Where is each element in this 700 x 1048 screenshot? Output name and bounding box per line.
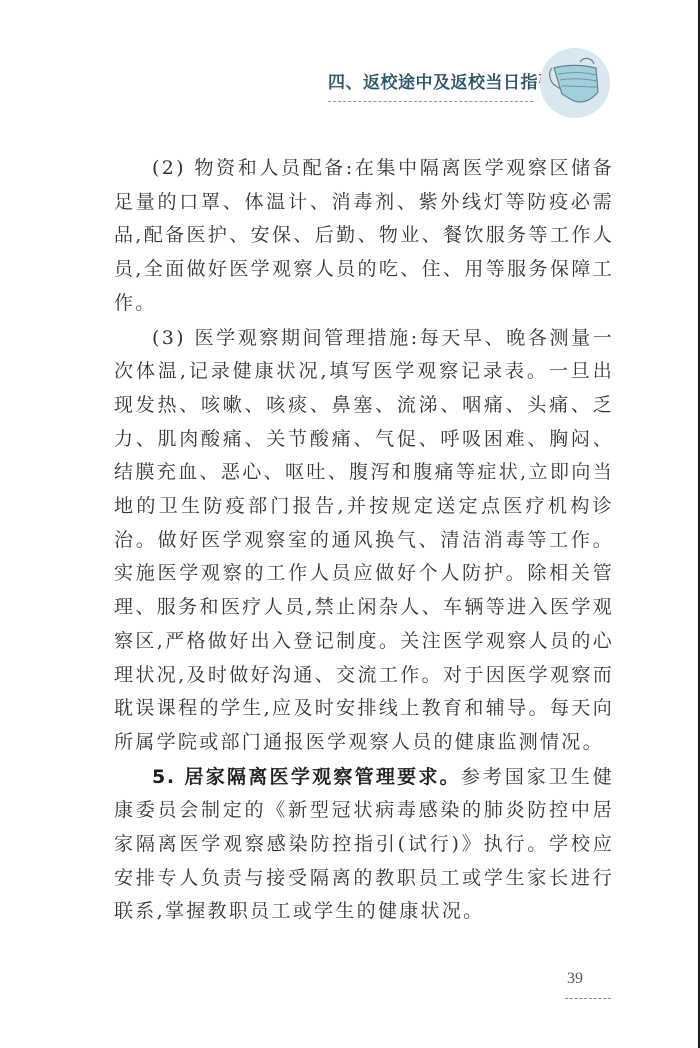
paragraph-home-isolation: 5. 居家隔离医学观察管理要求。参考国家卫生健康委员会制定的《新型冠状病毒感染的… xyxy=(114,761,614,930)
face-mask-glyph xyxy=(540,48,610,118)
section-title: 四、返校途中及返校当日指引 xyxy=(328,70,533,96)
header-dashed-rule xyxy=(328,101,533,102)
section-header: 四、返校途中及返校当日指引 xyxy=(328,70,533,102)
page-number-dashed-rule xyxy=(565,998,611,999)
paragraph-supplies-staffing: (2) 物资和人员配备:在集中隔离医学观察区储备足量的口罩、体温计、消毒剂、紫外… xyxy=(114,152,614,321)
section-heading-home-isolation: 5. 居家隔离医学观察管理要求。 xyxy=(152,766,461,788)
paragraph-text: (2) 物资和人员配备:在集中隔离医学观察区储备足量的口罩、体温计、消毒剂、紫外… xyxy=(114,157,614,314)
page-number: 39 xyxy=(567,970,583,988)
document-body: (2) 物资和人员配备:在集中隔离医学观察区储备足量的口罩、体温计、消毒剂、紫外… xyxy=(114,152,614,930)
paragraph-text: 参考国家卫生健康委员会制定的《新型冠状病毒感染的肺炎防控中居家隔离医学观察感染防… xyxy=(114,766,614,923)
paragraph-observation-measures: (3) 医学观察期间管理措施:每天早、晚各测量一次体温,记录健康状况,填写医学观… xyxy=(114,322,614,760)
face-mask-icon xyxy=(540,48,610,118)
paragraph-text: (3) 医学观察期间管理措施:每天早、晚各测量一次体温,记录健康状况,填写医学观… xyxy=(114,327,614,753)
